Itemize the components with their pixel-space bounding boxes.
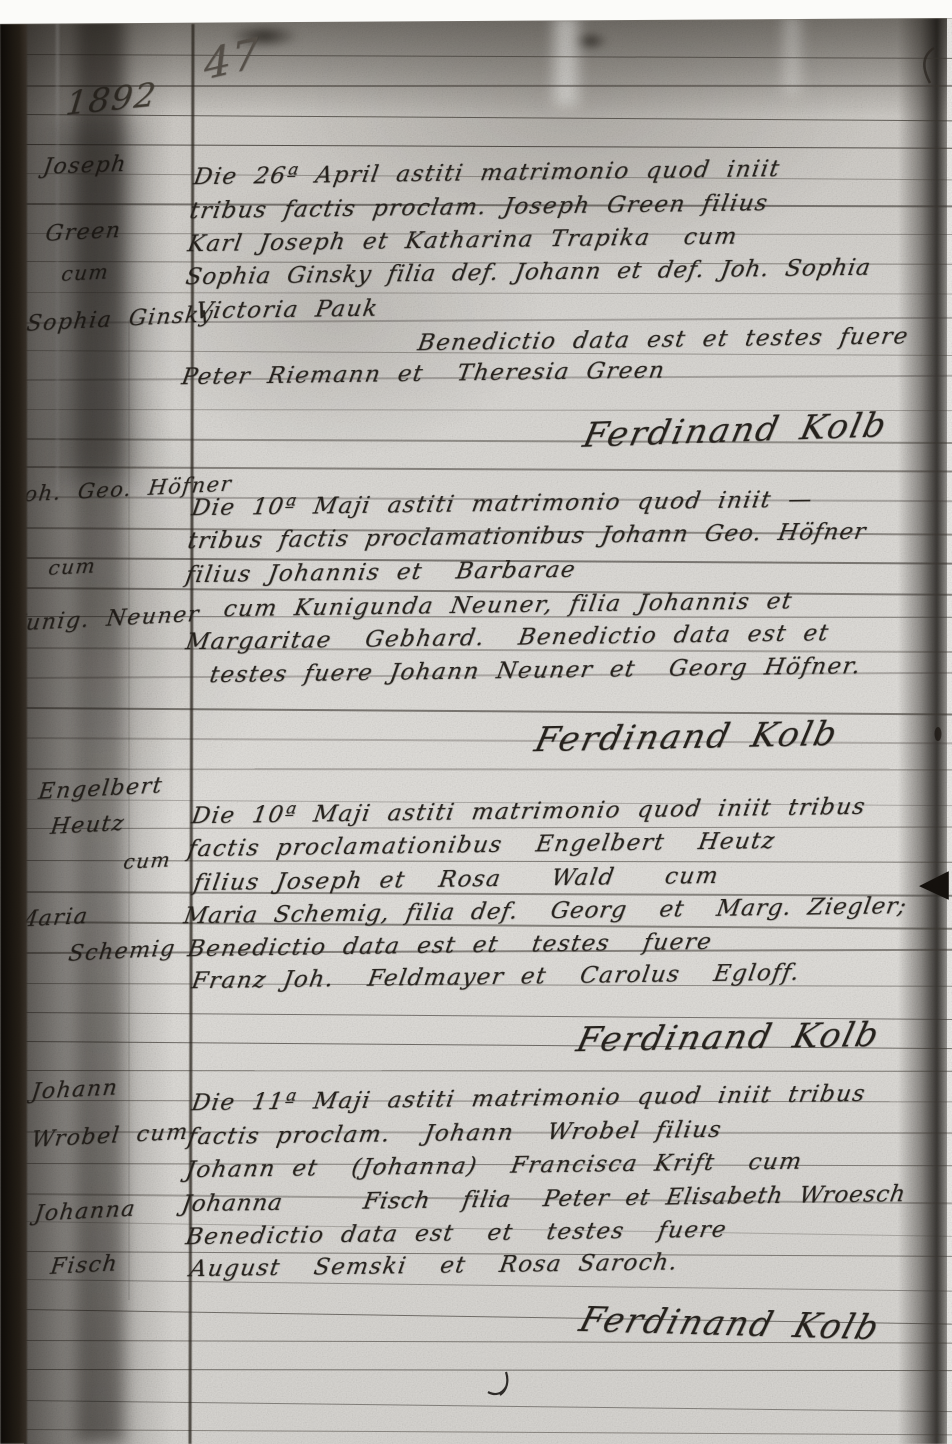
register-page: 1892 47 Joseph Green cum Sophia Ginsky D… [0,0,952,1444]
right-edge-sliver [947,0,952,1444]
binding-smudge [58,120,134,480]
scan-light-streak [554,14,578,106]
right-edge-shadow [898,8,952,1444]
entry1-line: Victoria Pauk [194,295,381,324]
book-spine-edge [0,16,27,1444]
priest-signature: Ferdinand Kolb [531,714,843,760]
priest-signature: Ferdinand Kolb [575,1300,885,1348]
scan-light-streak [784,14,800,94]
priest-signature: Ferdinand Kolb [573,1015,885,1060]
entry2-line: filius Johannis et Barbarae [184,557,578,588]
